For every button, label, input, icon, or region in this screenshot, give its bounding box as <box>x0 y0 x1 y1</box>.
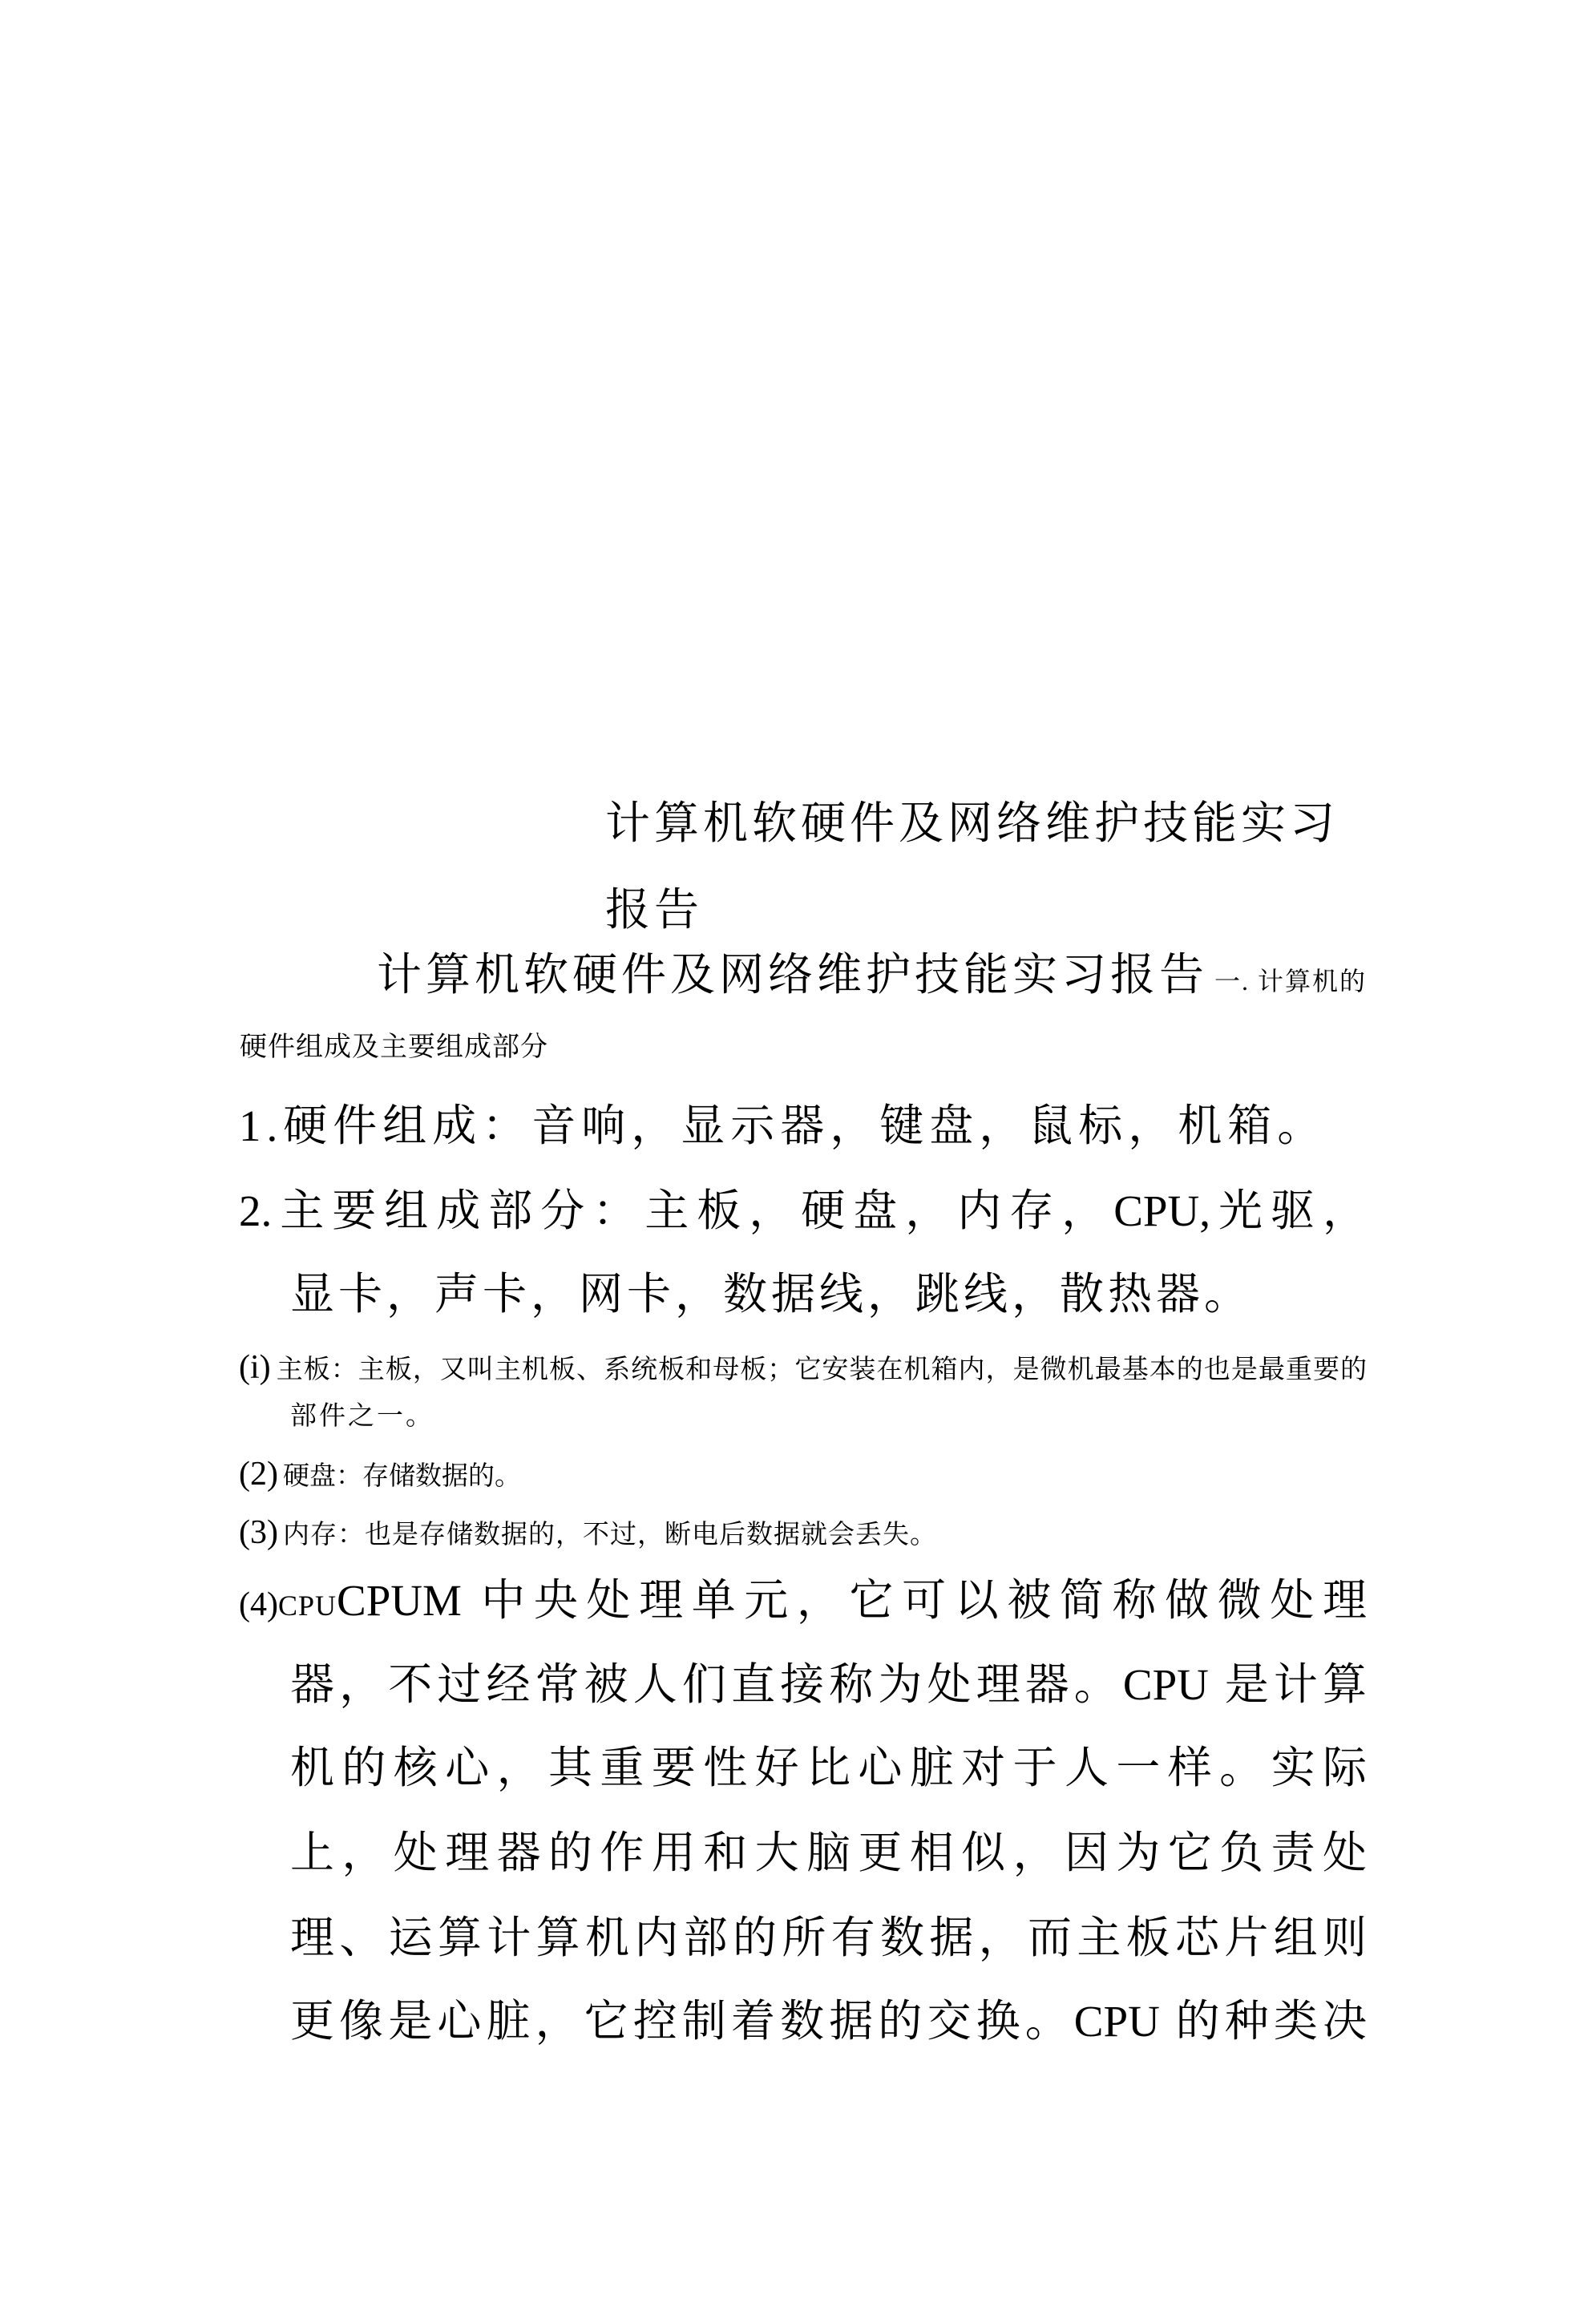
subtitle-main-text: 计算机软硬件及网络维护技能实习报告 <box>377 951 1208 1000</box>
subtitle-section-lead: 一. 计算机的 <box>1214 967 1367 996</box>
sub-item-1-line-1: (i)主板：主板，又叫主机板、系统板和母板；它安装在机箱内，是微机最基本的也是最… <box>239 1351 1367 1384</box>
sub-item-1-line-2: 部件之一。 <box>290 1404 434 1430</box>
sub-item-2-marker: (2) <box>239 1456 278 1493</box>
paragraph-line-2: 机的核心，其重要性好比心脏对于人一样。实际 <box>290 1746 1367 1790</box>
section-heading-continuation: 硬件组成及主要组成部分 <box>240 1034 548 1061</box>
sub-item-4-cpu-label: CPU <box>278 1590 337 1622</box>
list-item-2-line-2: 显卡，声卡，网卡，数据线，跳线，散热器。 <box>290 1272 1252 1316</box>
paragraph-line-1: 器，不过经常被人们直接称为处理器。CPU 是计算 <box>290 1663 1367 1707</box>
sub-item-1-text: 主板：主板，又叫主机板、系统板和母板；它安装在机箱内，是微机最基本的也是最重要的 <box>276 1355 1367 1384</box>
sub-item-4-line-1: (4)CPUCPUM 中央处理单元，它可以被简称做微处理 <box>239 1578 1367 1622</box>
document-title-line-1: 计算机软硬件及网络维护技能实习 <box>605 802 1339 846</box>
sub-item-3: (3)内存：也是存储数据的，不过，断电后数据就会丢失。 <box>239 1516 937 1549</box>
sub-item-4-marker: (4) <box>239 1586 278 1623</box>
sub-item-1-marker: (i) <box>239 1349 271 1386</box>
document-page: 计算机软硬件及网络维护技能实习 报告 计算机软硬件及网络维护技能实习报告一. 计… <box>0 0 1596 2315</box>
sub-item-4-text: CPUM 中央处理单元，它可以被简称做微处理 <box>337 1576 1367 1625</box>
paragraph-line-3: 上，处理器的作用和大脑更相似，因为它负责处 <box>290 1831 1367 1875</box>
sub-item-2-text: 硬盘：存储数据的。 <box>283 1462 521 1491</box>
list-item-1: 1.硬件组成：音响，显示器，键盘，鼠标，机箱。 <box>239 1104 1327 1148</box>
document-title-line-2: 报告 <box>605 888 703 933</box>
document-subtitle: 计算机软硬件及网络维护技能实习报告一. 计算机的 <box>377 953 1367 998</box>
sub-item-3-text: 内存：也是存储数据的，不过，断电后数据就会丢失。 <box>283 1521 937 1549</box>
sub-item-3-marker: (3) <box>239 1514 278 1551</box>
list-item-2-line-1: 2.主要组成部分：主板，硬盘，内存，CPU,光驱， <box>239 1189 1367 1233</box>
paragraph-line-4: 理、运算计算机内部的所有数据，而主板芯片组则 <box>290 1916 1367 1960</box>
sub-item-2: (2)硬盘：存储数据的。 <box>239 1457 521 1491</box>
paragraph-line-5: 更像是心脏，它控制着数据的交换。CPU 的种类决 <box>290 1999 1367 2043</box>
